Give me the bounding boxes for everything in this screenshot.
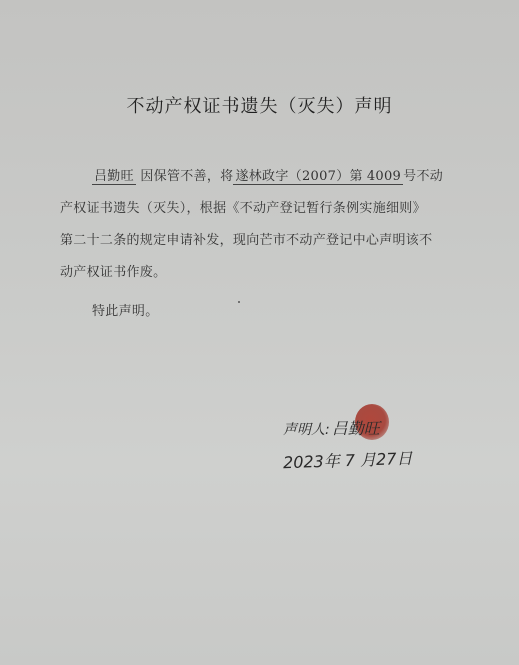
body-text: 因保管不善，将 [140, 169, 233, 184]
body-line-3: 第二十二条的规定申请补发，现向芒市不动产登记中心声明该不 [60, 225, 460, 257]
body-text: 号不动 [403, 169, 443, 184]
certificate-prefix: 遂林政字（2007）第 [233, 169, 364, 185]
body-line-1: 吕勤旺 因保管不善，将遂林政字（2007）第4009号不动 [60, 161, 460, 193]
body-line-4: 动产权证书作废。 [60, 257, 460, 289]
certificate-number: 4009 [365, 169, 403, 185]
declarant-name: 吕勤旺 [92, 169, 136, 185]
signature-block: 声明人:吕勤旺 [283, 416, 380, 439]
paper-speck [238, 301, 240, 303]
document-paper: 不动产权证书遗失（灭失）声明 吕勤旺 因保管不善，将遂林政字（2007）第400… [0, 0, 519, 665]
handwritten-date: 2023年 7 月27日 [283, 446, 413, 474]
declaration-body: 吕勤旺 因保管不善，将遂林政字（2007）第4009号不动 产权证书遗失（灭失）… [60, 161, 460, 289]
handwritten-signature: 吕勤旺 [332, 419, 380, 438]
document-title: 不动产权证书遗失（灭失）声明 [0, 92, 519, 118]
body-line-2: 产权证书遗失（灭失），根据《不动产登记暂行条例实施细则》 [60, 193, 460, 225]
closing-statement: 特此声明。 [92, 296, 492, 328]
signature-label: 声明人: [283, 422, 330, 438]
